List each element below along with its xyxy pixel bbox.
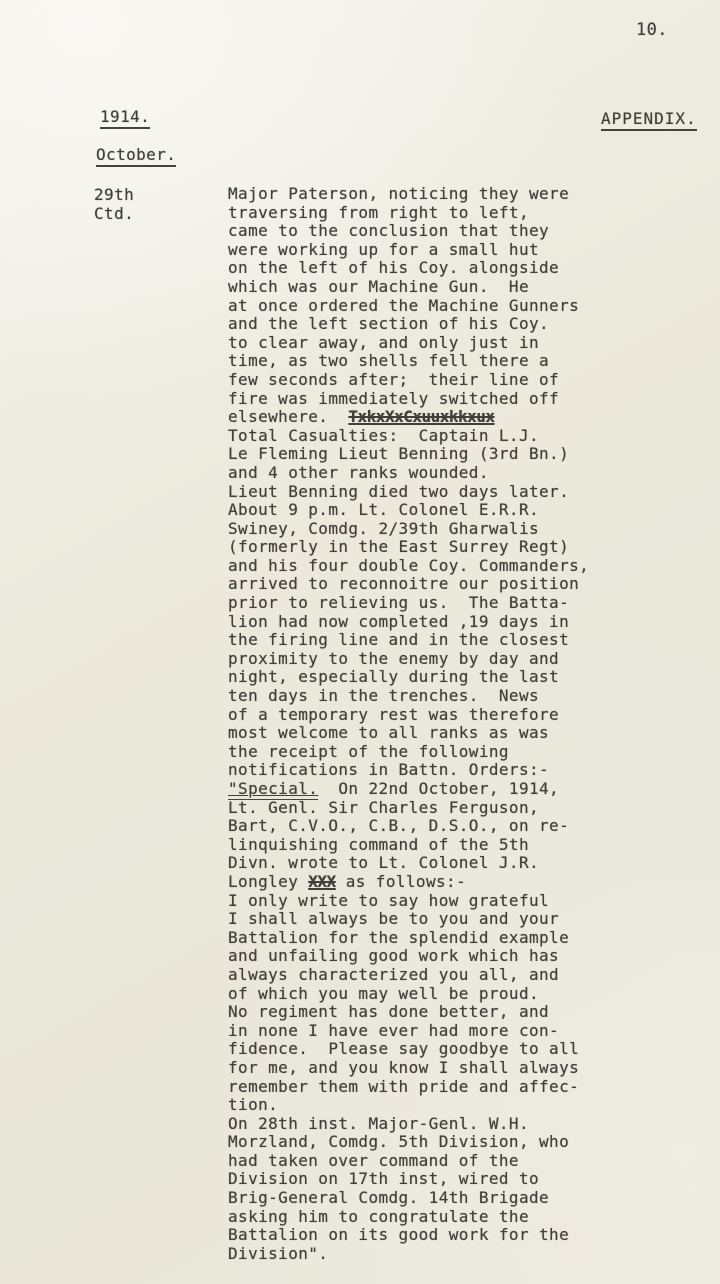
body-line: (formerly in the East Surrey Regt) xyxy=(228,538,628,557)
body-line: and unfailing good work which has xyxy=(228,947,628,966)
body-line: Division". xyxy=(228,1245,628,1264)
body-line: at once ordered the Machine Gunners xyxy=(228,297,628,316)
body-line: on the left of his Coy. alongside xyxy=(228,259,628,278)
body-line: of which you may well be proud. xyxy=(228,985,628,1004)
body-line: Lieut Benning died two days later. xyxy=(228,483,628,502)
body-line: most welcome to all ranks as was xyxy=(228,724,628,743)
body-line: were working up for a small hut xyxy=(228,241,628,260)
body-line: had taken over command of the xyxy=(228,1152,628,1171)
margin-note-day: 29th xyxy=(94,186,134,205)
body-line: proximity to the enemy by day and xyxy=(228,650,628,669)
body-line: Battalion on its good work for the xyxy=(228,1226,628,1245)
body-line: fire was immediately switched off xyxy=(228,390,628,409)
body-line: traversing from right to left, xyxy=(228,204,628,223)
body-line: Total Casualties: Captain L.J. xyxy=(228,427,628,446)
body-line: always characterized you all, and xyxy=(228,966,628,985)
body-line: Divn. wrote to Lt. Colonel J.R. xyxy=(228,854,628,873)
body-line: for me, and you know I shall always xyxy=(228,1059,628,1078)
body-line: Swiney, Comdg. 2/39th Gharwalis xyxy=(228,520,628,539)
body-line: ten days in the trenches. News xyxy=(228,687,628,706)
body-line: No regiment has done better, and xyxy=(228,1003,628,1022)
page-number: 10. xyxy=(636,20,668,40)
body-line: and his four double Coy. Commanders, xyxy=(228,557,628,576)
body-line: few seconds after; their line of xyxy=(228,371,628,390)
body-line: Division on 17th inst, wired to xyxy=(228,1170,628,1189)
body-line: arrived to reconnoitre our position xyxy=(228,575,628,594)
month-heading: October. xyxy=(96,145,176,167)
body-line: time, as two shells fell there a xyxy=(228,352,628,371)
body-line: On 28th inst. Major-Genl. W.H. xyxy=(228,1115,628,1134)
body-line: Morzland, Comdg. 5th Division, who xyxy=(228,1133,628,1152)
year-heading: 1914. xyxy=(100,107,150,129)
body-line: and 4 other ranks wounded. xyxy=(228,464,628,483)
body-line: lion had now completed ,19 days in xyxy=(228,613,628,632)
body-line: and the left section of his Coy. xyxy=(228,315,628,334)
appendix-heading: APPENDIX. xyxy=(601,109,697,131)
document-body: Major Paterson, noticing they weretraver… xyxy=(228,185,628,1263)
body-line: Major Paterson, noticing they were xyxy=(228,185,628,204)
body-line: Brig-General Comdg. 14th Brigade xyxy=(228,1189,628,1208)
body-line: of a temporary rest was therefore xyxy=(228,706,628,725)
body-line: linquishing command of the 5th xyxy=(228,836,628,855)
body-line: I only write to say how grateful xyxy=(228,892,628,911)
body-line: fidence. Please say goodbye to all xyxy=(228,1040,628,1059)
body-line: Battalion for the splendid example xyxy=(228,929,628,948)
body-line: in none I have ever had more con- xyxy=(228,1022,628,1041)
body-line: Le Fleming Lieut Benning (3rd Bn.) xyxy=(228,445,628,464)
margin-note: 29th Ctd. xyxy=(94,186,134,223)
body-line: came to the conclusion that they xyxy=(228,222,628,241)
body-line: the firing line and in the closest xyxy=(228,631,628,650)
body-line: About 9 p.m. Lt. Colonel E.R.R. xyxy=(228,501,628,520)
body-line: asking him to congratulate the xyxy=(228,1208,628,1227)
body-line: Bart, C.V.O., C.B., D.S.O., on re- xyxy=(228,817,628,836)
body-line: the receipt of the following xyxy=(228,743,628,762)
body-line: elsewhere. TxkxXxCxuuxkkxux xyxy=(228,408,628,427)
body-line: remember them with pride and affec- xyxy=(228,1078,628,1097)
body-line: notifications in Battn. Orders:- xyxy=(228,761,628,780)
body-line: I shall always be to you and your xyxy=(228,910,628,929)
body-line: prior to relieving us. The Batta- xyxy=(228,594,628,613)
body-line: "Special. On 22nd October, 1914, xyxy=(228,780,628,799)
body-line: to clear away, and only just in xyxy=(228,334,628,353)
body-line: night, especially during the last xyxy=(228,668,628,687)
body-line: which was our Machine Gun. He xyxy=(228,278,628,297)
body-line: Longley XXX as follows:- xyxy=(228,873,628,892)
margin-note-ctd: Ctd. xyxy=(94,205,134,224)
body-line: tion. xyxy=(228,1096,628,1115)
body-line: Lt. Genl. Sir Charles Ferguson, xyxy=(228,799,628,818)
